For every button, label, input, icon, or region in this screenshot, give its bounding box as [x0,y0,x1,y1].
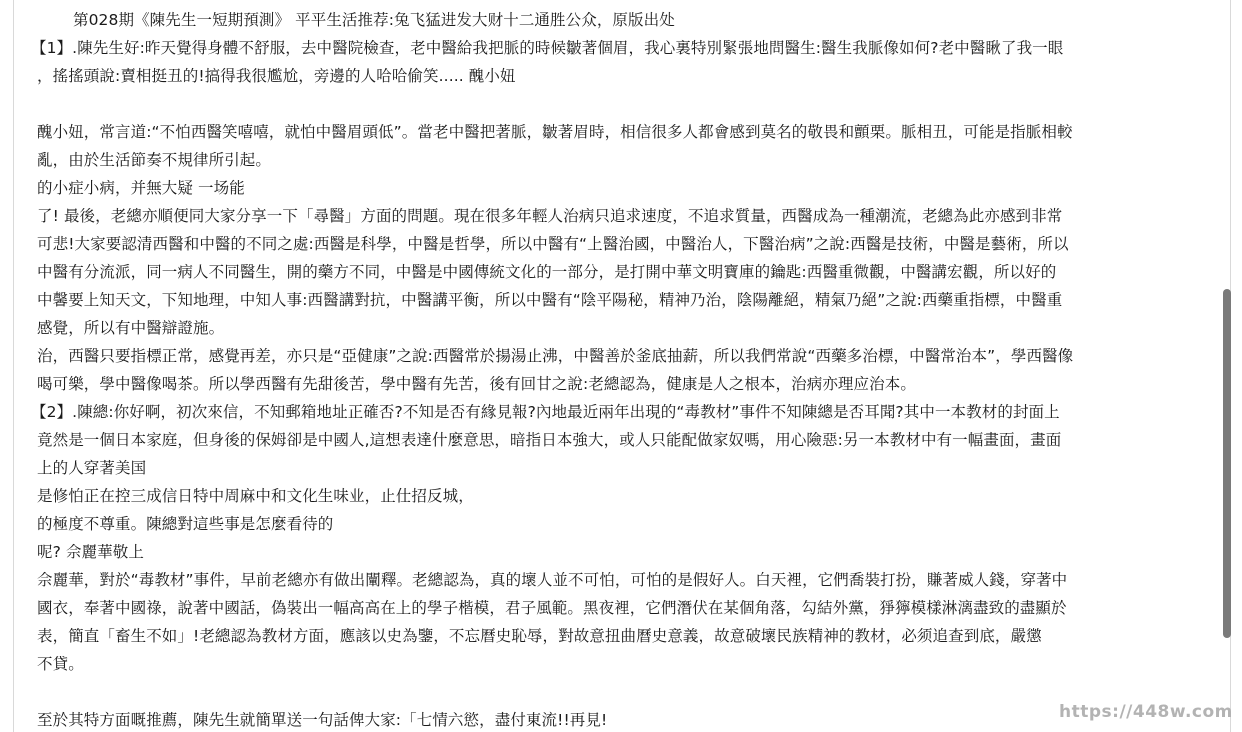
article-line: 呢? 佘麗華敬上 [37,538,1212,566]
article-line: 醜小妞，常言道:“不怕西醫笑嘻嘻，就怕中醫眉頭低”。當老中醫把著脈，皺著眉時，相… [37,118,1212,146]
article-line: 可悲!大家要認清西醫和中醫的不同之處:西醫是科學，中醫是哲學，所以中醫有“上醫治… [37,230,1212,258]
article-line: 是修怕正在控三成信日特中周麻中和文化生味业，止仕招反城， [37,482,1212,510]
article-line: 中醫有分流派，同一病人不同醫生，開的藥方不同，中醫是中國傳統文化的一部分，是打開… [37,258,1212,286]
vertical-scrollbar[interactable] [1221,0,1233,732]
article-line: 國衣，奉著中國祿，說著中國話，偽裝出一幅高高在上的學子楷模，君子風範。黑夜裡，它… [37,594,1212,622]
article-line: 至於其特方面嘅推薦，陳先生就簡單送一句話俾大家:「七情六慾，盡付東流!!再見! [37,706,1212,732]
article-line: 的小症小病，并無大疑 一场能 [37,174,1212,202]
article-line: 佘麗華，對於“毒教材”事件，早前老總亦有做出闡釋。老總認為，真的壞人並不可怕，可… [37,566,1212,594]
watermark-url: https://448w.com [1059,702,1233,722]
article-line: 喝可樂，學中醫像喝茶。所以學西醫有先甜後苦，學中醫有先苦，後有回甘之說:老總認為… [37,370,1212,398]
article-line: ，搖搖頭說:賣相挺丑的!搞得我很尷尬，旁邊的人哈哈偷笑..... 醜小妞 [37,62,1212,90]
article-line [37,90,1212,118]
article-page: 第028期《陳先生一短期預測》 平平生活推荐:兔飞猛进发大财十二通胜公众，原版出… [13,0,1231,732]
article-line: 亂，由於生活節奏不規律所引起。 [37,146,1212,174]
article-line: 治，西醫只要指標正常，感覺再差，亦只是“亞健康”之說:西醫常於揚湯止沸，中醫善於… [37,342,1212,370]
article-line: 的極度不尊重。陳總對這些事是怎麼看待的 [37,510,1212,538]
article-line: 感覺，所以有中醫辯證施。 [37,314,1212,342]
article-line: 上的人穿著美国 [37,454,1212,482]
article-line: 竟然是一個日本家庭，但身後的保姆卻是中國人,這想表達什麼意思，暗指日本強大，或人… [37,426,1212,454]
article-body: 第028期《陳先生一短期預測》 平平生活推荐:兔飞猛进发大财十二通胜公众，原版出… [37,6,1212,732]
article-line: 不貸。 [37,650,1212,678]
article-line: 【1】.陳先生好:昨天覺得身體不舒服，去中醫院檢查，老中醫給我把脈的時候皺著個眉… [31,34,1212,62]
article-line: 中馨要上知天文，下知地理，中知人事:西醫講對抗，中醫講平衡，所以中醫有“陰平陽秘… [37,286,1212,314]
article-line: 【2】.陳總:你好啊，初次來信，不知郵箱地址正確否?不知是否有緣見報?內地最近兩… [31,398,1212,426]
article-line [37,678,1212,706]
scrollbar-thumb[interactable] [1223,289,1231,638]
article-line: 表，簡直「畜生不如」!老總認為教材方面，應該以史為鑒，不忘曆史恥辱，對故意扭曲曆… [37,622,1212,650]
article-line: 第028期《陳先生一短期預測》 平平生活推荐:兔飞猛进发大财十二通胜公众，原版出… [37,6,1212,34]
article-line: 了! 最後，老總亦順便同大家分享一下「尋醫」方面的問題。現在很多年輕人治病只追求… [37,202,1212,230]
